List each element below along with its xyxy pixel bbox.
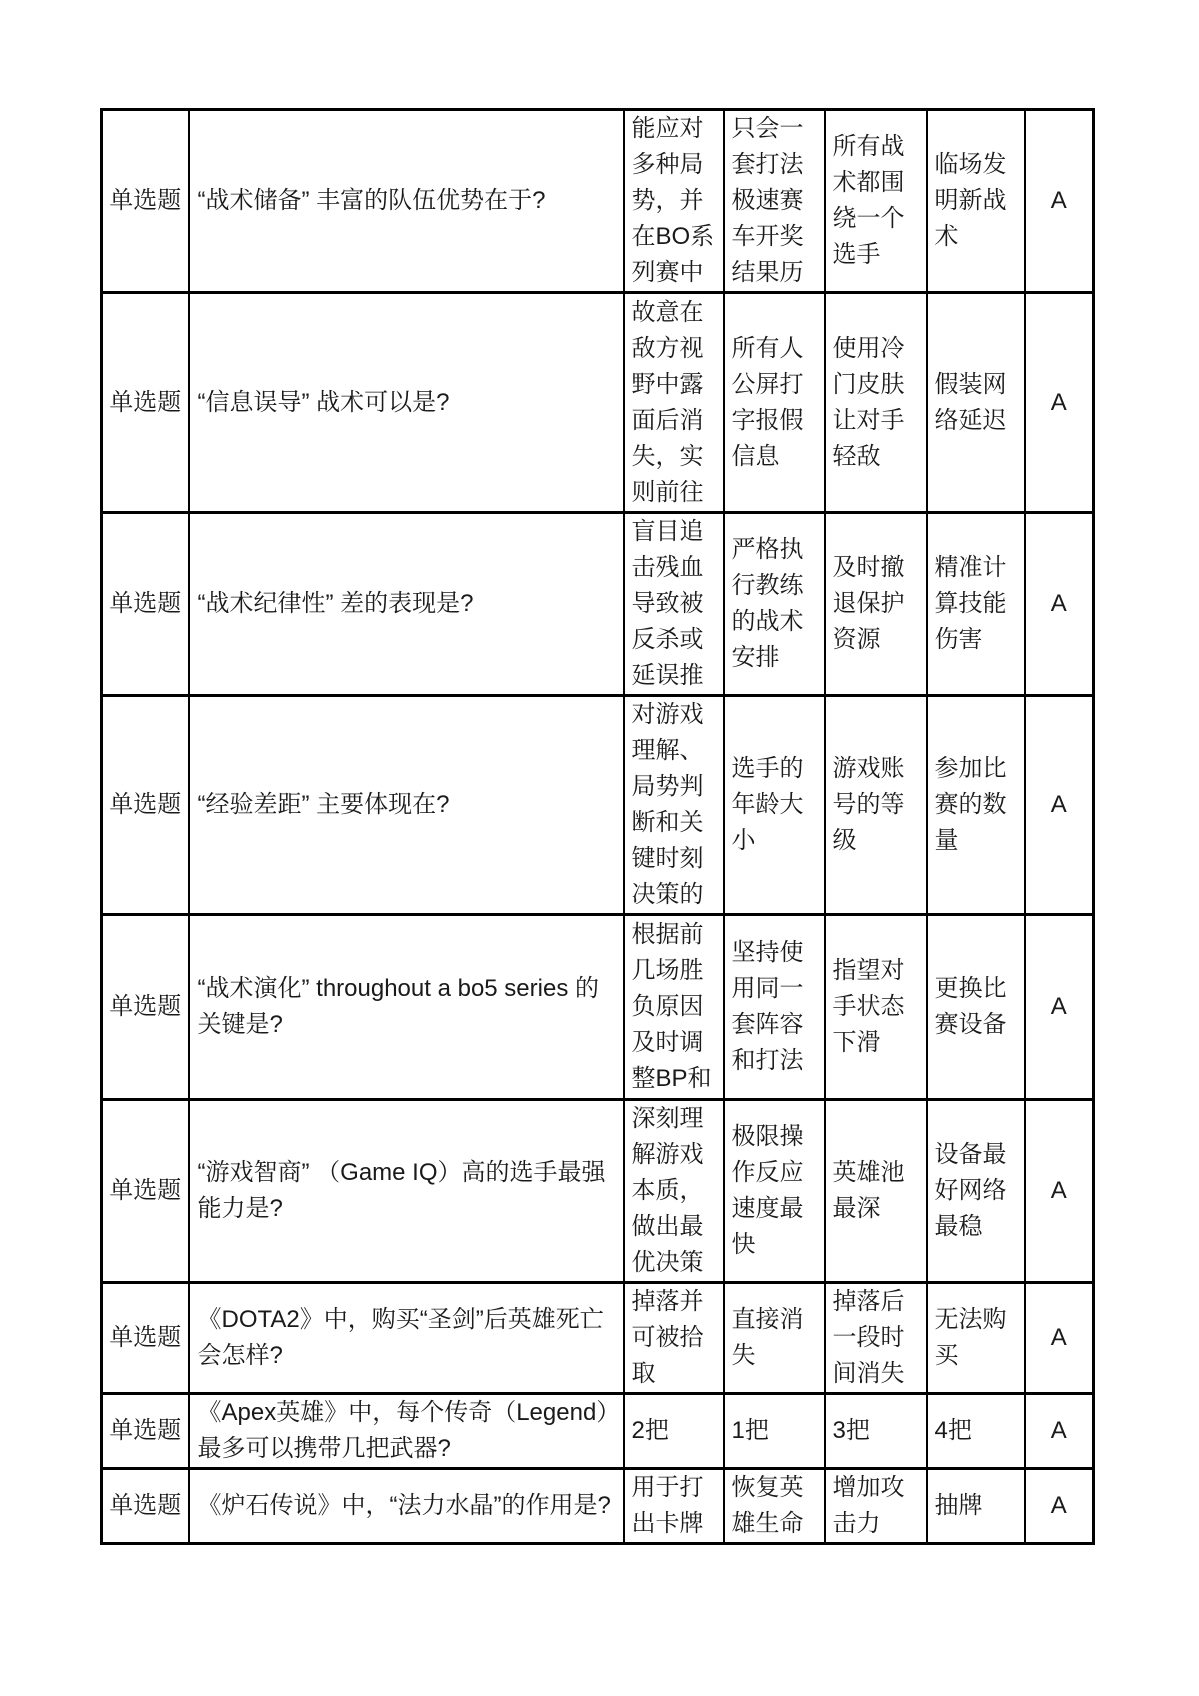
option-c-cell: 增加攻击力 (825, 1469, 927, 1544)
option-a-cell: 用于打出卡牌 (624, 1469, 724, 1544)
answer-cell: A (1025, 915, 1094, 1100)
answer-cell: A (1025, 1394, 1094, 1469)
quiz-table: 单选题 “战术储备” 丰富的队伍优势在于? 能应对多种局势，并在BO系列赛中 只… (100, 108, 1095, 1545)
table-row: 单选题 “游戏智商” （Game IQ）高的选手最强能力是? 深刻理解游戏本质，… (102, 1100, 1094, 1283)
option-d-cell: 抽牌 (927, 1469, 1025, 1544)
table-row: 单选题 《DOTA2》中，购买“圣剑”后英雄死亡会怎样? 掉落并可被拾取 直接消… (102, 1283, 1094, 1394)
answer-cell: A (1025, 110, 1094, 293)
question-type-cell: 单选题 (102, 1283, 189, 1394)
question-type-cell: 单选题 (102, 293, 189, 513)
question-type-cell: 单选题 (102, 1469, 189, 1544)
option-a-cell: 故意在敌方视野中露面后消失，实则前往 (624, 293, 724, 513)
question-type-cell: 单选题 (102, 1394, 189, 1469)
table-row: 单选题 “信息误导” 战术可以是? 故意在敌方视野中露面后消失，实则前往 所有人… (102, 293, 1094, 513)
option-c-cell: 3把 (825, 1394, 927, 1469)
table-row: 单选题 《炉石传说》中，“法力水晶”的作用是? 用于打出卡牌 恢复英雄生命 增加… (102, 1469, 1094, 1544)
question-cell: 《炉石传说》中，“法力水晶”的作用是? (189, 1469, 624, 1544)
answer-cell: A (1025, 1283, 1094, 1394)
option-b-cell: 恢复英雄生命 (724, 1469, 825, 1544)
option-a-cell: 对游戏理解、局势判断和关键时刻决策的 (624, 696, 724, 915)
option-b-cell: 只会一套打法极速赛车开奖结果历 (724, 110, 825, 293)
table-row: 单选题 “战术储备” 丰富的队伍优势在于? 能应对多种局势，并在BO系列赛中 只… (102, 110, 1094, 293)
option-d-cell: 4把 (927, 1394, 1025, 1469)
question-type-cell: 单选题 (102, 915, 189, 1100)
option-a-cell: 盲目追击残血导致被反杀或延误推 (624, 513, 724, 696)
question-type-cell: 单选题 (102, 513, 189, 696)
question-cell: 《Apex英雄》中，每个传奇（Legend）最多可以携带几把武器? (189, 1394, 624, 1469)
question-cell: “战术储备” 丰富的队伍优势在于? (189, 110, 624, 293)
option-c-cell: 掉落后一段时间消失 (825, 1283, 927, 1394)
option-b-cell: 1把 (724, 1394, 825, 1469)
option-d-cell: 无法购买 (927, 1283, 1025, 1394)
option-b-cell: 所有人公屏打字报假信息 (724, 293, 825, 513)
option-a-cell: 掉落并可被拾取 (624, 1283, 724, 1394)
option-d-cell: 临场发明新战术 (927, 110, 1025, 293)
option-b-cell: 直接消失 (724, 1283, 825, 1394)
question-type-cell: 单选题 (102, 696, 189, 915)
option-b-cell: 严格执行教练的战术安排 (724, 513, 825, 696)
option-c-cell: 英雄池最深 (825, 1100, 927, 1283)
table-row: 单选题 《Apex英雄》中，每个传奇（Legend）最多可以携带几把武器? 2把… (102, 1394, 1094, 1469)
option-a-cell: 能应对多种局势，并在BO系列赛中 (624, 110, 724, 293)
question-cell: 《DOTA2》中，购买“圣剑”后英雄死亡会怎样? (189, 1283, 624, 1394)
question-cell: “信息误导” 战术可以是? (189, 293, 624, 513)
option-a-cell: 2把 (624, 1394, 724, 1469)
option-b-cell: 选手的年龄大小 (724, 696, 825, 915)
question-cell: “战术纪律性” 差的表现是? (189, 513, 624, 696)
answer-cell: A (1025, 1469, 1094, 1544)
question-cell: “经验差距” 主要体现在? (189, 696, 624, 915)
option-d-cell: 设备最好网络最稳 (927, 1100, 1025, 1283)
option-d-cell: 更换比赛设备 (927, 915, 1025, 1100)
answer-cell: A (1025, 696, 1094, 915)
option-a-cell: 深刻理解游戏本质，做出最优决策 (624, 1100, 724, 1283)
option-d-cell: 参加比赛的数量 (927, 696, 1025, 915)
table-row: 单选题 “战术演化” throughout a bo5 series 的关键是?… (102, 915, 1094, 1100)
option-b-cell: 极限操作反应速度最快 (724, 1100, 825, 1283)
option-c-cell: 所有战术都围绕一个选手 (825, 110, 927, 293)
question-type-cell: 单选题 (102, 110, 189, 293)
answer-cell: A (1025, 513, 1094, 696)
table-row: 单选题 “战术纪律性” 差的表现是? 盲目追击残血导致被反杀或延误推 严格执行教… (102, 513, 1094, 696)
option-c-cell: 使用冷门皮肤让对手轻敌 (825, 293, 927, 513)
question-cell: “战术演化” throughout a bo5 series 的关键是? (189, 915, 624, 1100)
answer-cell: A (1025, 1100, 1094, 1283)
question-type-cell: 单选题 (102, 1100, 189, 1283)
answer-cell: A (1025, 293, 1094, 513)
document-page: 单选题 “战术储备” 丰富的队伍优势在于? 能应对多种局势，并在BO系列赛中 只… (0, 0, 1199, 1696)
option-a-cell: 根据前几场胜负原因及时调整BP和 (624, 915, 724, 1100)
question-cell: “游戏智商” （Game IQ）高的选手最强能力是? (189, 1100, 624, 1283)
option-b-cell: 坚持使用同一套阵容和打法 (724, 915, 825, 1100)
option-c-cell: 及时撤退保护资源 (825, 513, 927, 696)
option-d-cell: 精准计算技能伤害 (927, 513, 1025, 696)
option-c-cell: 指望对手状态下滑 (825, 915, 927, 1100)
option-c-cell: 游戏账号的等级 (825, 696, 927, 915)
option-d-cell: 假装网络延迟 (927, 293, 1025, 513)
table-row: 单选题 “经验差距” 主要体现在? 对游戏理解、局势判断和关键时刻决策的 选手的… (102, 696, 1094, 915)
